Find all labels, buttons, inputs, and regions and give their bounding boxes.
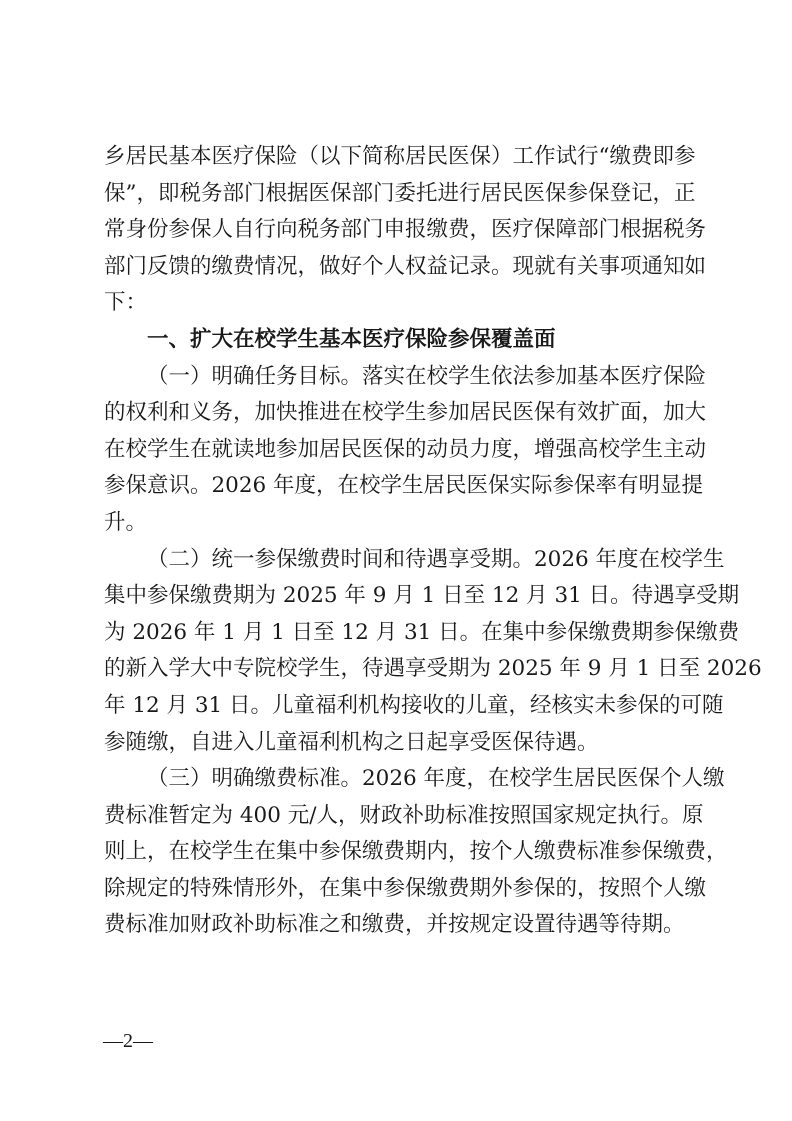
para1-line-2: 的权利和义务，加快推进在校学生参加居民医保有效扩面，加大 <box>104 395 692 432</box>
intro-line-4: 部门反馈的缴费情况，做好个人权益记录。现就有关事项通知如 <box>104 249 692 286</box>
para2-line-4: 的新入学大中专院校学生，待遇享受期为 2025 年 9 月 1 日至 2026 <box>104 651 692 688</box>
para1-line-5: 升。 <box>104 505 692 542</box>
para3-line-2: 费标准暂定为 400 元/人，财政补助标准按照国家规定执行。原 <box>104 798 692 835</box>
para2-line-3: 为 2026 年 1 月 1 日至 12 月 31 日。在集中参保缴费期参保缴费 <box>104 615 692 652</box>
page-number: —2— <box>103 1030 153 1053</box>
para2-line-1: （二）统一参保缴费时间和待遇享受期。2026 年度在校学生 <box>104 542 692 579</box>
para2-line-6: 参随缴，自进入儿童福利机构之日起享受医保待遇。 <box>104 725 692 762</box>
para1-line-4: 参保意识。2026 年度，在校学生居民医保实际参保率有明显提 <box>104 468 692 505</box>
para3-line-4: 除规定的特殊情形外，在集中参保缴费期外参保的，按照个人缴 <box>104 871 692 908</box>
intro-line-1: 乡居民基本医疗保险（以下简称居民医保）工作试行“缴费即参 <box>104 139 692 176</box>
para3-line-5: 费标准加财政补助标准之和缴费，并按规定设置待遇等待期。 <box>104 907 692 944</box>
para2-line-2: 集中参保缴费期为 2025 年 9 月 1 日至 12 月 31 日。待遇享受期 <box>104 578 692 615</box>
document-page: 乡居民基本医疗保险（以下简称居民医保）工作试行“缴费即参 保”，即税务部门根据医… <box>104 139 692 944</box>
para3-line-3: 则上，在校学生在集中参保缴费期内，按个人缴费标准参保缴费， <box>104 834 692 871</box>
intro-line-5: 下： <box>104 285 692 322</box>
para1-line-1: （一）明确任务目标。落实在校学生依法参加基本医疗保险 <box>104 359 692 396</box>
para2-line-5: 年 12 月 31 日。儿童福利机构接收的儿童，经核实未参保的可随 <box>104 688 692 725</box>
intro-line-2: 保”，即税务部门根据医保部门委托进行居民医保参保登记，正 <box>104 176 692 213</box>
para1-line-3: 在校学生在就读地参加居民医保的动员力度，增强高校学生主动 <box>104 432 692 469</box>
para3-line-1: （三）明确缴费标准。2026 年度，在校学生居民医保个人缴 <box>104 761 692 798</box>
section-heading: 一、扩大在校学生基本医疗保险参保覆盖面 <box>104 322 692 359</box>
intro-line-3: 常身份参保人自行向税务部门申报缴费，医疗保障部门根据税务 <box>104 212 692 249</box>
